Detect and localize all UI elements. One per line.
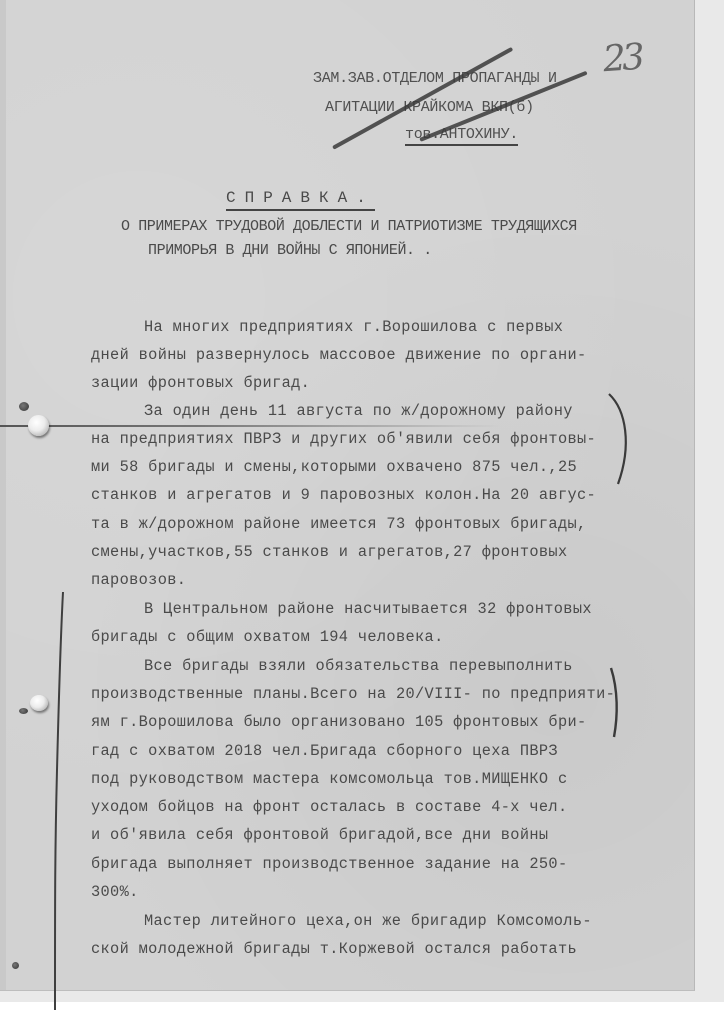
punch-hole — [28, 415, 49, 436]
body-text-line: бригада выполняет производственное задан… — [91, 855, 567, 873]
body-text-line: Все бригады взяли обязательства перевыпо… — [144, 657, 573, 675]
addressee-line-1: ЗАМ.ЗАВ.ОТДЕЛОМ ПРОПАГАНДЫ И — [313, 70, 557, 87]
punch-hole — [30, 695, 48, 711]
paper-crease-line — [0, 425, 500, 427]
body-text-line: Мастер литейного цеха,он же бригадир Ком… — [144, 912, 592, 930]
subtitle-line-1: О ПРИМЕРАХ ТРУДОВОЙ ДОБЛЕСТИ И ПАТРИОТИЗ… — [121, 218, 577, 235]
handwritten-page-number: 23 — [602, 37, 643, 81]
document-title: СПРАВКА. — [226, 189, 375, 211]
body-text-line: под руководством мастера комсомольца тов… — [91, 770, 567, 788]
body-text-line: гад с охватом 2018 чел.Бригада сборного … — [91, 742, 558, 760]
body-text-line: В Центральном районе насчитывается 32 фр… — [144, 600, 592, 618]
body-text-line: смены,участков,55 станков и агрегатов,27… — [91, 543, 567, 561]
body-text-line: ям г.Ворошилова было организовано 105 фр… — [91, 713, 587, 731]
ink-spot — [12, 962, 19, 969]
body-text-line: ской молодежной бригады т.Коржевой остал… — [91, 940, 577, 958]
body-text-line: та в ж/дорожном районе имеется 73 фронто… — [91, 515, 587, 533]
body-text-line: бригады с общим охватом 194 человека. — [91, 628, 444, 646]
document-page: 23 ЗАМ.ЗАВ.ОТДЕЛОМ ПРОПАГАНДЫ И АГИТАЦИИ… — [0, 0, 695, 991]
body-text-line: производственные планы.Всего на 20/VIII-… — [91, 685, 615, 703]
punch-hole-mark — [19, 708, 28, 714]
margin-bracket-right-1 — [606, 390, 636, 490]
subtitle-line-2: ПРИМОРЬЯ В ДНИ ВОЙНЫ С ЯПОНИЕЙ. . — [148, 242, 432, 259]
body-text-line: За один день 11 августа по ж/дорожному р… — [144, 402, 573, 420]
body-text-line: и об'явила себя фронтовой бригадой,все д… — [91, 826, 548, 844]
body-text-line: станков и агрегатов и 9 паровозных колон… — [91, 486, 596, 504]
body-text-line: зации фронтовых бригад. — [91, 374, 310, 392]
body-text-line: уходом бойцов на фронт осталась в состав… — [91, 798, 567, 816]
body-text-line: 300%. — [91, 883, 139, 901]
body-text-line: На многих предприятиях г.Ворошилова с пе… — [144, 318, 563, 336]
body-text-line: ми 58 бригады и смены,которыми охвачено … — [91, 458, 577, 476]
punch-hole-mark — [19, 402, 29, 411]
margin-bracket-right-2 — [608, 665, 628, 740]
body-text-line: дней войны развернулось массовое движени… — [91, 346, 587, 364]
body-text-line: на предприятиях ПВРЗ и других об'явили с… — [91, 430, 596, 448]
margin-pencil-line-left — [52, 590, 72, 1010]
body-text-line: паровозов. — [91, 571, 186, 589]
